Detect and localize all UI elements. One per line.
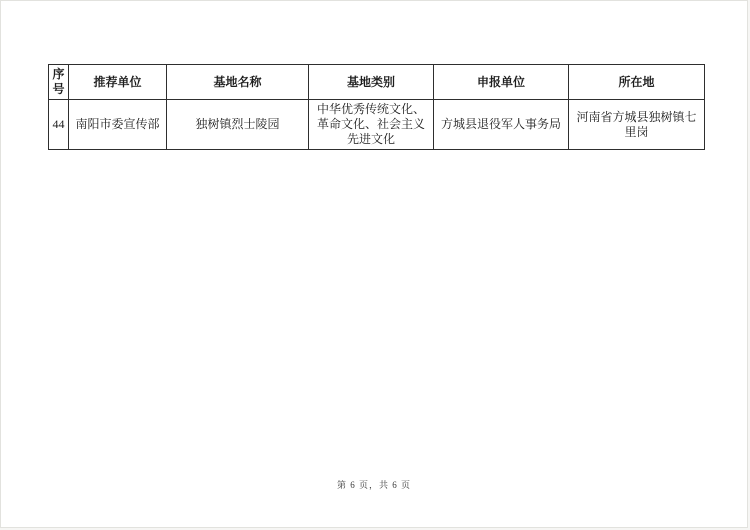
header-cell-base-name: 基地名称 <box>167 65 309 100</box>
cell-declaring-unit: 方城县退役军人事务局 <box>434 100 569 150</box>
header-cell-index: 序号 <box>49 65 69 100</box>
header-cell-location: 所在地 <box>569 65 705 100</box>
table-header-row: 序号 推荐单位 基地名称 基地类别 申报单位 所在地 <box>49 65 705 100</box>
cell-location: 河南省方城县独树镇七里岗 <box>569 100 705 150</box>
header-cell-recommending-unit: 推荐单位 <box>69 65 167 100</box>
table-row: 44 南阳市委宣传部 独树镇烈士陵园 中华优秀传统文化、革命文化、社会主义先进文… <box>49 100 705 150</box>
cell-recommending-unit: 南阳市委宣传部 <box>69 100 167 150</box>
document-page: 序号 推荐单位 基地名称 基地类别 申报单位 所在地 44 南阳市委宣传部 独树… <box>0 0 748 528</box>
cell-index: 44 <box>49 100 69 150</box>
cell-base-name: 独树镇烈士陵园 <box>167 100 309 150</box>
header-cell-base-category: 基地类别 <box>309 65 434 100</box>
page-footer: 第 6 页，共 6 页 <box>1 478 747 491</box>
cell-base-category: 中华优秀传统文化、革命文化、社会主义先进文化 <box>309 100 434 150</box>
bases-table: 序号 推荐单位 基地名称 基地类别 申报单位 所在地 44 南阳市委宣传部 独树… <box>48 64 705 150</box>
header-cell-declaring-unit: 申报单位 <box>434 65 569 100</box>
